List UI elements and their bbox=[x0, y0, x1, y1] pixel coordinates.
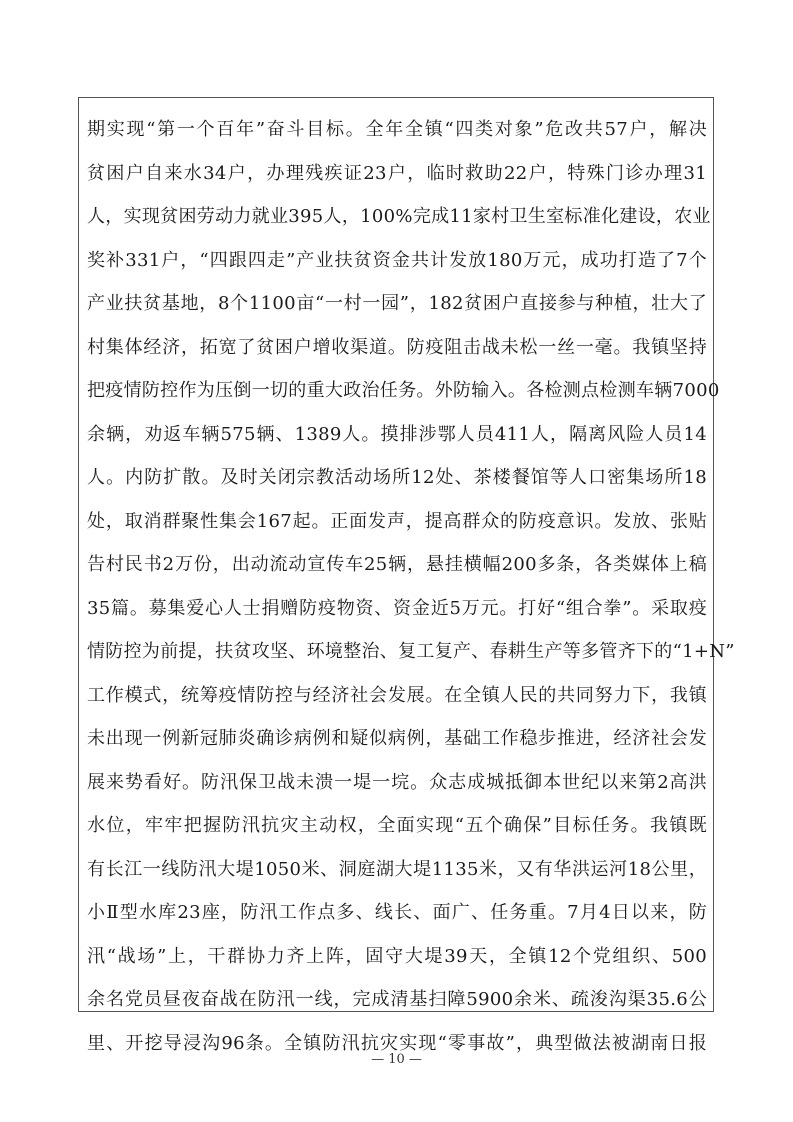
text-line: 把疫情防控作为压倒一切的重大政治任务。外防输入。各检测点检测车辆7000 bbox=[87, 369, 707, 413]
text-line: 有长江一线防汛大堤1050米、洞庭湖大堤1135米，又有华洪运河18公里， bbox=[87, 848, 707, 892]
text-line: 人，实现贫困劳动力就业395人，100%完成11家村卫生室标准化建设，农业 bbox=[87, 195, 707, 239]
text-line: 35篇。募集爱心人士捐赠防疫物资、资金近5万元。打好“组合拳”。采取疫 bbox=[87, 587, 707, 631]
text-line: 告村民书2万份，出动流动宣传车25辆，悬挂横幅200多条，各类媒体上稿 bbox=[87, 543, 707, 587]
body-text: 期实现“第一个百年”奋斗目标。全年全镇“四类对象”危改共57户，解决 贫困户自来… bbox=[87, 98, 707, 1065]
text-line: 期实现“第一个百年”奋斗目标。全年全镇“四类对象”危改共57户，解决 bbox=[87, 108, 707, 152]
text-line: 奖补331户，“四跟四走”产业扶贫资金共计发放180万元，成功打造了7个 bbox=[87, 239, 707, 283]
text-line: 处，取消群聚性集会167起。正面发声，提高群众的防疫意识。发放、张贴 bbox=[87, 500, 707, 544]
text-line: 余名党员昼夜奋战在防汛一线，完成清基扫障5900余米、疏浚沟渠35.6公 bbox=[87, 978, 707, 1022]
text-line: 未出现一例新冠肺炎确诊病例和疑似病例，基础工作稳步推进，经济社会发 bbox=[87, 717, 707, 761]
text-line: 人。内防扩散。及时关闭宗教活动场所12处、茶楼餐馆等人口密集场所18 bbox=[87, 456, 707, 500]
text-line: 村集体经济，拓宽了贫困户增收渠道。防疫阻击战未松一丝一毫。我镇坚持 bbox=[87, 326, 707, 370]
text-frame: 期实现“第一个百年”奋斗目标。全年全镇“四类对象”危改共57户，解决 贫困户自来… bbox=[78, 97, 714, 1012]
text-line: 产业扶贫基地，8个1100亩“一村一园”，182贫困户直接参与种植，壮大了 bbox=[87, 282, 707, 326]
text-line: 余辆，劝返车辆575辆、1389人。摸排涉鄂人员411人，隔离风险人员14 bbox=[87, 413, 707, 457]
text-line: 情防控为前提，扶贫攻坚、环境整治、复工复产、春耕生产等多管齐下的“1+N” bbox=[87, 630, 707, 674]
text-line: 工作模式，统筹疫情防控与经济社会发展。在全镇人民的共同努力下，我镇 bbox=[87, 674, 707, 718]
text-line: 汛“战场”上，干群协力齐上阵，固守大堤39天，全镇12个党组织、500 bbox=[87, 935, 707, 979]
text-line: 小Ⅱ型水库23座，防汛工作点多、线长、面广、任务重。7月4日以来，防 bbox=[87, 891, 707, 935]
page-number: — 10 — bbox=[0, 1052, 793, 1067]
text-line: 水位，牢牢把握防汛抗灾主动权，全面实现“五个确保”目标任务。我镇既 bbox=[87, 804, 707, 848]
text-line: 贫困户自来水34户，办理残疾证23户，临时救助22户，特殊门诊办理31 bbox=[87, 152, 707, 196]
text-line: 展来势看好。防汛保卫战未溃一堤一垸。众志成城抵御本世纪以来第2高洪 bbox=[87, 761, 707, 805]
